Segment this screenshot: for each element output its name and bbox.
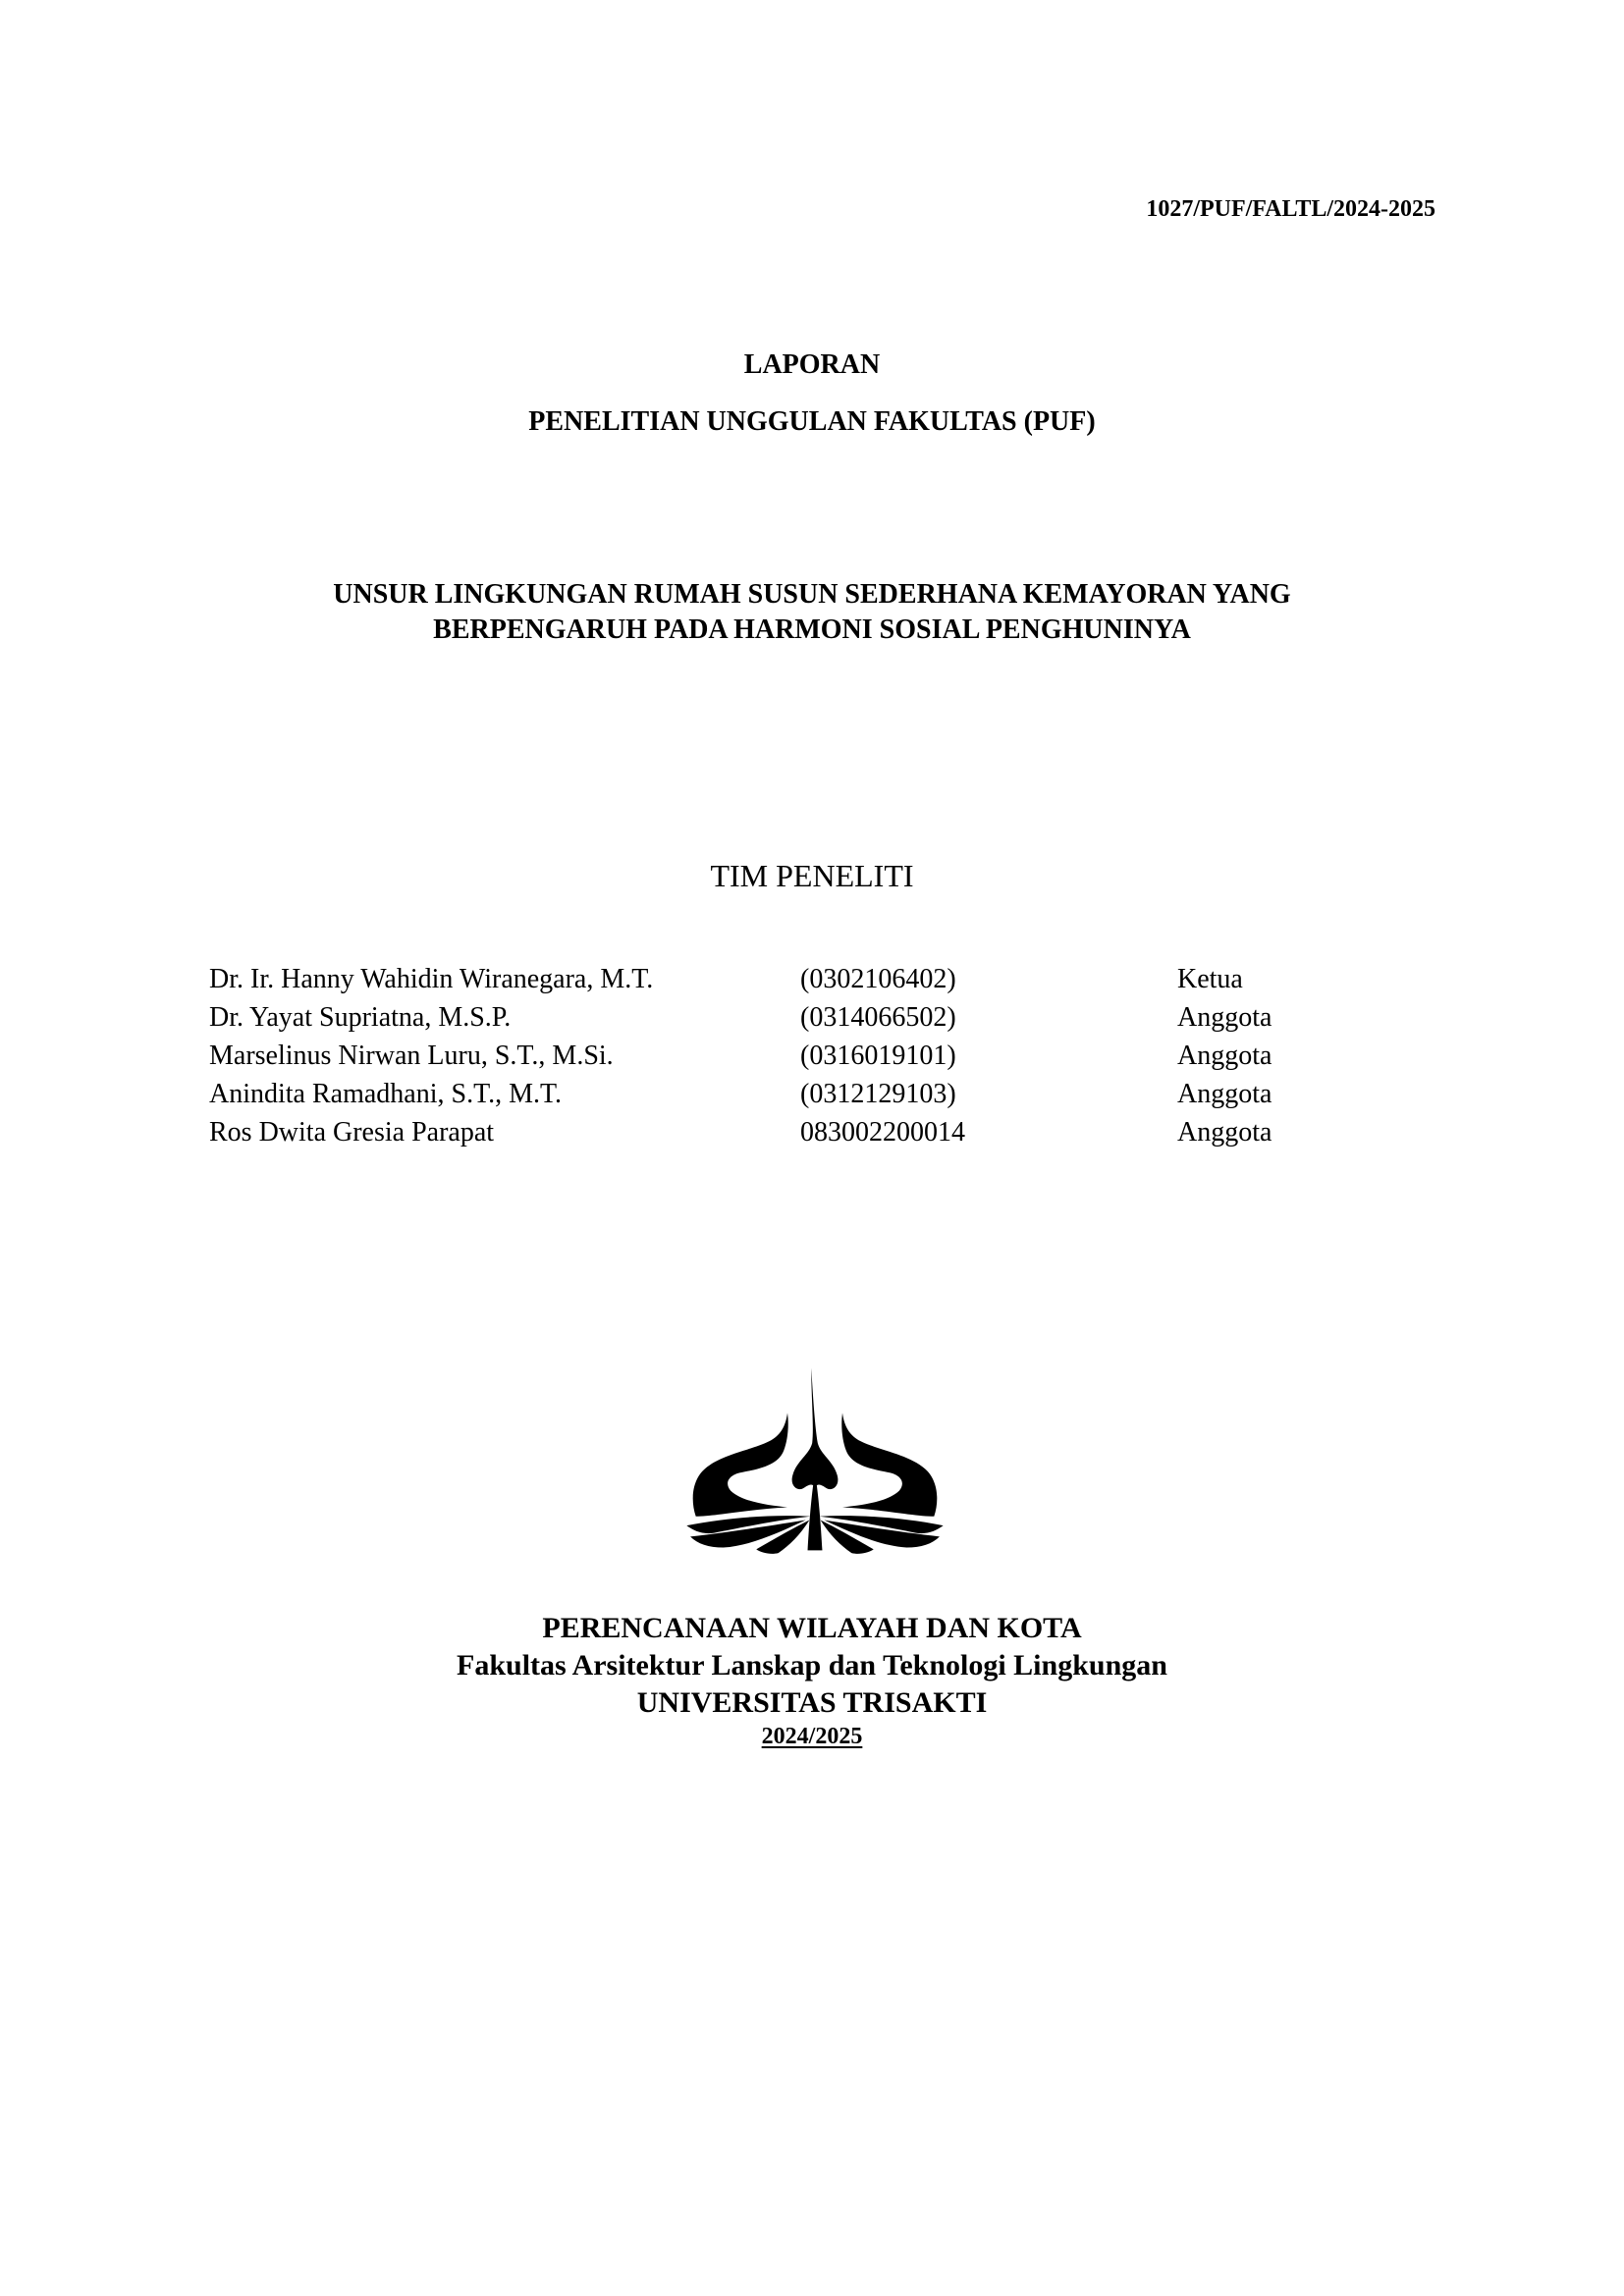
research-title-line-2: BERPENGARUH PADA HARMONI SOSIAL PENGHUNI… (0, 613, 1624, 648)
member-id: (0312129103) (800, 1075, 1177, 1113)
member-id: (0314066502) (800, 998, 1177, 1037)
report-label: LAPORAN (0, 349, 1624, 381)
academic-year: 2024/2025 (762, 1722, 863, 1751)
member-id: 083002200014 (800, 1113, 1177, 1151)
university-name: UNIVERSITAS TRISAKTI (0, 1684, 1624, 1722)
team-heading: TIM PENELITI (0, 858, 1624, 894)
team-member-row: Dr. Ir. Hanny Wahidin Wiranegara, M.T. (… (209, 960, 1374, 998)
cover-page: 1027/PUF/FALTL/2024-2025 LAPORAN PENELIT… (0, 0, 1624, 2296)
university-trisakti-emblem-icon (677, 1362, 952, 1569)
member-name: Dr. Yayat Supriatna, M.S.P. (209, 998, 800, 1037)
department-name: PERENCANAAN WILAYAH DAN KOTA (0, 1610, 1624, 1647)
document-number: 1027/PUF/FALTL/2024-2025 (1146, 196, 1435, 223)
member-id: (0316019101) (800, 1037, 1177, 1075)
member-id: (0302106402) (800, 960, 1177, 998)
research-title: UNSUR LINGKUNGAN RUMAH SUSUN SEDERHANA K… (0, 577, 1624, 648)
program-title: PENELITIAN UNGGULAN FAKULTAS (PUF) (0, 406, 1624, 438)
team-member-row: Ros Dwita Gresia Parapat 083002200014 An… (209, 1113, 1374, 1151)
member-name: Marselinus Nirwan Luru, S.T., M.Si. (209, 1037, 800, 1075)
member-name: Anindita Ramadhani, S.T., M.T. (209, 1075, 800, 1113)
research-title-line-1: UNSUR LINGKUNGAN RUMAH SUSUN SEDERHANA K… (0, 577, 1624, 613)
member-role: Ketua (1177, 960, 1374, 998)
member-role: Anggota (1177, 1037, 1374, 1075)
institution-block: PERENCANAAN WILAYAH DAN KOTA Fakultas Ar… (0, 1610, 1624, 1751)
team-members-table: Dr. Ir. Hanny Wahidin Wiranegara, M.T. (… (209, 960, 1374, 1151)
team-member-row: Dr. Yayat Supriatna, M.S.P. (0314066502)… (209, 998, 1374, 1037)
member-role: Anggota (1177, 1113, 1374, 1151)
member-name: Ros Dwita Gresia Parapat (209, 1113, 800, 1151)
member-role: Anggota (1177, 1075, 1374, 1113)
team-member-row: Anindita Ramadhani, S.T., M.T. (03121291… (209, 1075, 1374, 1113)
faculty-name: Fakultas Arsitektur Lanskap dan Teknolog… (0, 1647, 1624, 1684)
member-name: Dr. Ir. Hanny Wahidin Wiranegara, M.T. (209, 960, 800, 998)
team-member-row: Marselinus Nirwan Luru, S.T., M.Si. (031… (209, 1037, 1374, 1075)
member-role: Anggota (1177, 998, 1374, 1037)
